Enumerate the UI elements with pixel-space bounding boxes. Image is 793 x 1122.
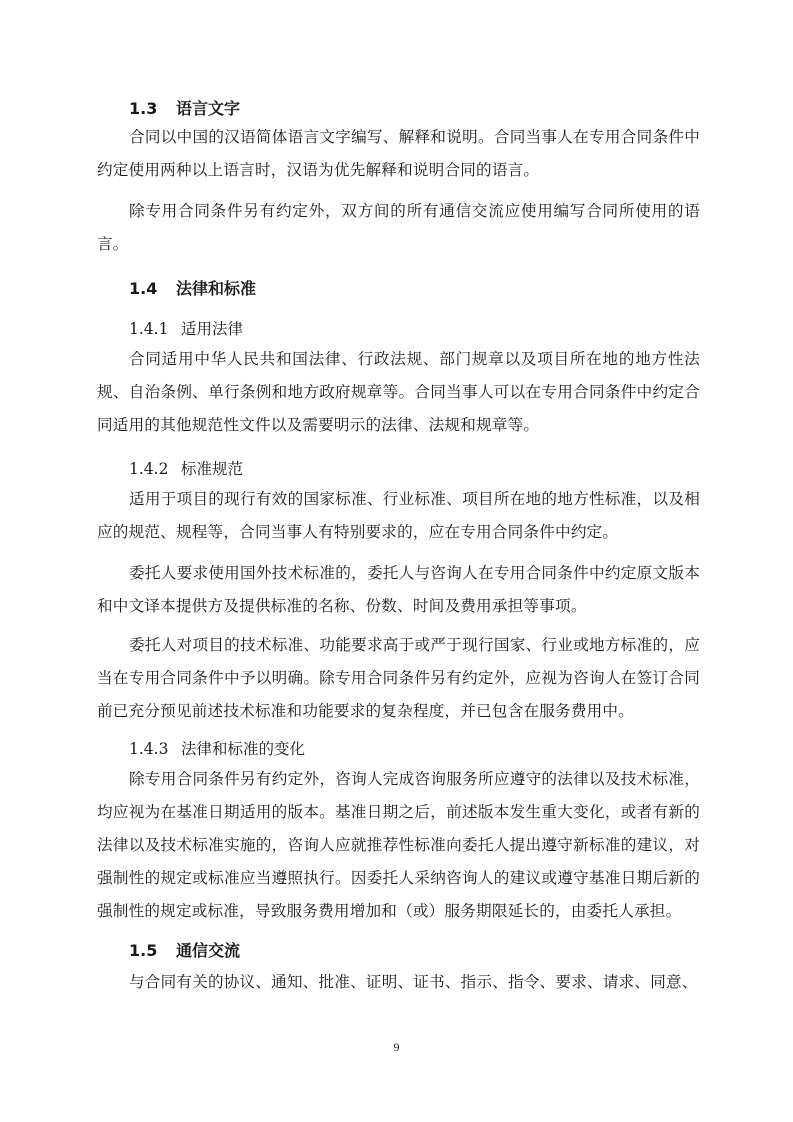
section-heading-1-4: 1.4法律和标准 — [129, 276, 256, 299]
subsection-heading-1-4-2: 1.4.2标准规范 — [129, 457, 243, 479]
subsection-title: 法律和标准的变化 — [181, 740, 305, 758]
subsection-number: 1.4.2 — [129, 460, 181, 478]
paragraph: 除专用合同条件另有约定外，双方间的所有通信交流应使用编写合同所使用的语言。 — [97, 195, 700, 261]
paragraph: 适用于项目的现行有效的国家标准、行业标准、项目所在地的地方性标准，以及相应的规范… — [97, 483, 700, 549]
paragraph: 合同以中国的汉语简体语言文字编写、解释和说明。合同当事人在专用合同条件中约定使用… — [97, 121, 700, 187]
paragraph: 委托人对项目的技术标准、功能要求高于或严于现行国家、行业或地方标准的，应当在专用… — [97, 629, 700, 728]
paragraph: 除专用合同条件另有约定外，咨询人完成咨询服务所应遵守的法律以及技术标准，均应视为… — [97, 763, 700, 928]
section-title: 法律和标准 — [176, 279, 256, 298]
subsection-title: 标准规范 — [181, 460, 243, 478]
section-number: 1.3 — [129, 99, 176, 118]
subsection-heading-1-4-1: 1.4.1适用法律 — [129, 317, 243, 339]
paragraph: 合同适用中华人民共和国法律、行政法规、部门规章以及项目所在地的地方性法规、自治条… — [97, 343, 700, 442]
page-number: 9 — [0, 1040, 793, 1055]
subsection-number: 1.4.1 — [129, 320, 181, 338]
paragraph: 与合同有关的协议、通知、批准、证明、证书、指示、指令、要求、请求、同意、 — [97, 966, 700, 999]
section-number: 1.4 — [129, 279, 176, 298]
section-title: 通信交流 — [176, 941, 240, 960]
subsection-heading-1-4-3: 1.4.3法律和标准的变化 — [129, 737, 305, 759]
section-number: 1.5 — [129, 941, 176, 960]
section-heading-1-3: 1.3语言文字 — [129, 96, 240, 119]
section-heading-1-5: 1.5通信交流 — [129, 938, 240, 961]
paragraph: 委托人要求使用国外技术标准的，委托人与咨询人在专用合同条件中约定原文版本和中文译… — [97, 557, 700, 623]
subsection-number: 1.4.3 — [129, 740, 181, 758]
section-title: 语言文字 — [176, 99, 240, 118]
subsection-title: 适用法律 — [181, 320, 243, 338]
